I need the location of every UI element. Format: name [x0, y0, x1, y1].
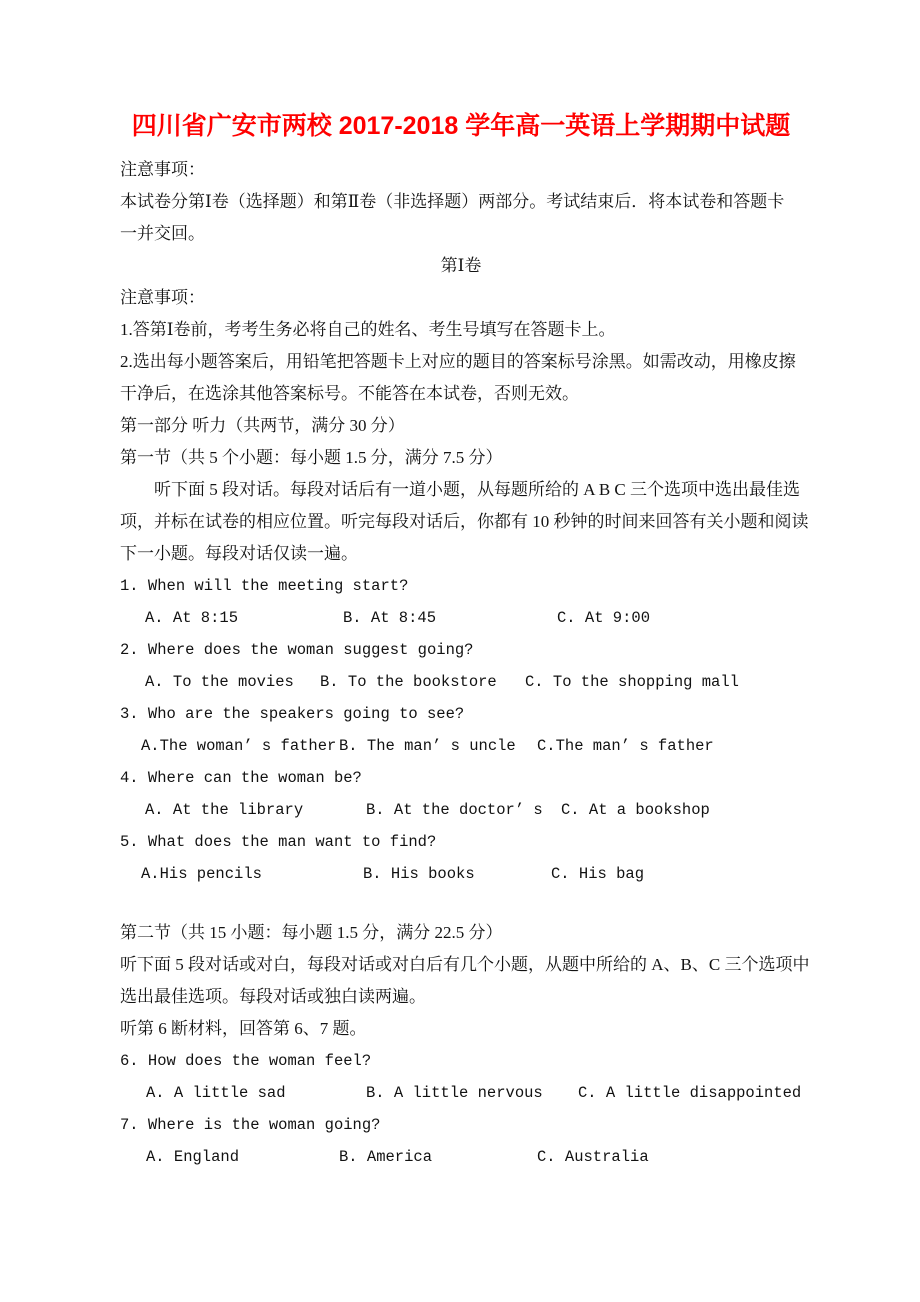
option-a: A. A little sad	[146, 1077, 286, 1109]
question-text: 6. How does the woman feel?	[120, 1045, 802, 1077]
question-options: A. At the library B. At the doctor’ s C.…	[120, 794, 802, 826]
notice-item: 1.答第Ⅰ卷前，考考生务必将自己的姓名、考生号填写在答题卡上。	[120, 314, 802, 346]
volume-heading: 第Ⅰ卷	[120, 250, 802, 282]
option-a: A. To the movies	[145, 666, 294, 698]
question-text: 2. Where does the woman suggest going?	[120, 634, 802, 666]
option-a: A. At the library	[145, 794, 303, 826]
section-heading: 第二节（共 15 小题：每小题 1.5 分，满分 22.5 分）	[120, 917, 802, 949]
question-block-4: 4. Where can the woman be? A. At the lib…	[120, 762, 802, 826]
question-number: 7.	[120, 1116, 139, 1134]
question-number: 3.	[120, 705, 139, 723]
question-options: A. To the movies B. To the bookstore C. …	[120, 666, 802, 698]
option-c: C. At a bookshop	[561, 794, 710, 826]
question-text: 4. Where can the woman be?	[120, 762, 802, 794]
notice-label: 注意事项：	[120, 154, 802, 186]
notice-line: 本试卷分第Ⅰ卷（选择题）和第Ⅱ卷（非选择题）两部分。考试结束后．将本试卷和答题卡	[120, 186, 802, 218]
question-block-1: 1. When will the meeting start? A. At 8:…	[120, 570, 802, 634]
option-c: C. A little disappointed	[578, 1077, 801, 1109]
question-options: A. England B. America C. Australia	[120, 1141, 802, 1173]
option-b: B. The man’ s uncle	[339, 730, 516, 762]
section-heading: 第一节（共 5 个小题：每小题 1.5 分，满分 7.5 分）	[120, 442, 802, 474]
exam-document-page: 四川省广安市两校 2017-2018 学年高一英语上学期期中试题 注意事项： 本…	[0, 0, 920, 1302]
option-b: B. At the doctor’ s	[366, 794, 543, 826]
question-options: A.The woman’ s father B. The man’ s uncl…	[120, 730, 802, 762]
option-c: C. At 9:00	[557, 602, 650, 634]
option-b: B. His books	[363, 858, 475, 890]
option-a: A. England	[146, 1141, 239, 1173]
question-options: A. At 8:15 B. At 8:45 C. At 9:00	[120, 602, 802, 634]
option-a: A.The woman’ s father	[141, 730, 336, 762]
question-text: 1. When will the meeting start?	[120, 570, 802, 602]
question-text: 5. What does the man want to find?	[120, 826, 802, 858]
notice-label: 注意事项：	[120, 282, 802, 314]
option-c: C. His bag	[551, 858, 644, 890]
notice-line: 一并交回。	[120, 218, 802, 250]
section-intro-line: 听下面 5 段对话或对白，每段对话或对白后有几个小题，从题中所给的 A、B、C …	[120, 949, 802, 981]
option-b: B. At 8:45	[343, 602, 436, 634]
blank-line	[120, 890, 802, 917]
question-text: 7. Where is the woman going?	[120, 1109, 802, 1141]
option-c: C. Australia	[537, 1141, 649, 1173]
question-block-6: 6. How does the woman feel? A. A little …	[120, 1045, 802, 1109]
question-block-3: 3. Who are the speakers going to see? A.…	[120, 698, 802, 762]
question-number: 5.	[120, 833, 139, 851]
material-instruction: 听第 6 断材料，回答第 6、7 题。	[120, 1013, 802, 1045]
section-intro-line: 下一小题。每段对话仅读一遍。	[120, 538, 802, 570]
option-c: C.The man’ s father	[537, 730, 714, 762]
option-b: B. To the bookstore	[320, 666, 497, 698]
question-number: 6.	[120, 1052, 139, 1070]
section-intro-line: 项，并标在试卷的相应位置。听完每段对话后，你都有 10 秒钟的时间来回答有关小题…	[120, 506, 802, 538]
question-number: 1.	[120, 577, 139, 595]
section-intro-line: 听下面 5 段对话。每段对话后有一道小题，从每题所给的 A B C 三个选项中选…	[120, 474, 802, 506]
question-options: A. A little sad B. A little nervous C. A…	[120, 1077, 802, 1109]
question-block-7: 7. Where is the woman going? A. England …	[120, 1109, 802, 1173]
page-title: 四川省广安市两校 2017-2018 学年高一英语上学期期中试题	[120, 106, 802, 146]
option-a: A. At 8:15	[145, 602, 238, 634]
question-number: 2.	[120, 641, 139, 659]
notice-item: 2.选出每小题答案后，用铅笔把答题卡上对应的题目的答案标号涂黑。如需改动，用橡皮…	[120, 346, 802, 378]
question-options: A.His pencils B. His books C. His bag	[120, 858, 802, 890]
option-a: A.His pencils	[141, 858, 262, 890]
option-b: B. A little nervous	[366, 1077, 543, 1109]
notice-item: 干净后，在选涂其他答案标号。不能答在本试卷，否则无效。	[120, 378, 802, 410]
part-heading: 第一部分 听力（共两节，满分 30 分）	[120, 410, 802, 442]
option-b: B. America	[339, 1141, 432, 1173]
option-c: C. To the shopping mall	[525, 666, 739, 698]
question-block-2: 2. Where does the woman suggest going? A…	[120, 634, 802, 698]
question-number: 4.	[120, 769, 139, 787]
section-intro-line: 选出最佳选项。每段对话或独白读两遍。	[120, 981, 802, 1013]
question-text: 3. Who are the speakers going to see?	[120, 698, 802, 730]
question-block-5: 5. What does the man want to find? A.His…	[120, 826, 802, 890]
